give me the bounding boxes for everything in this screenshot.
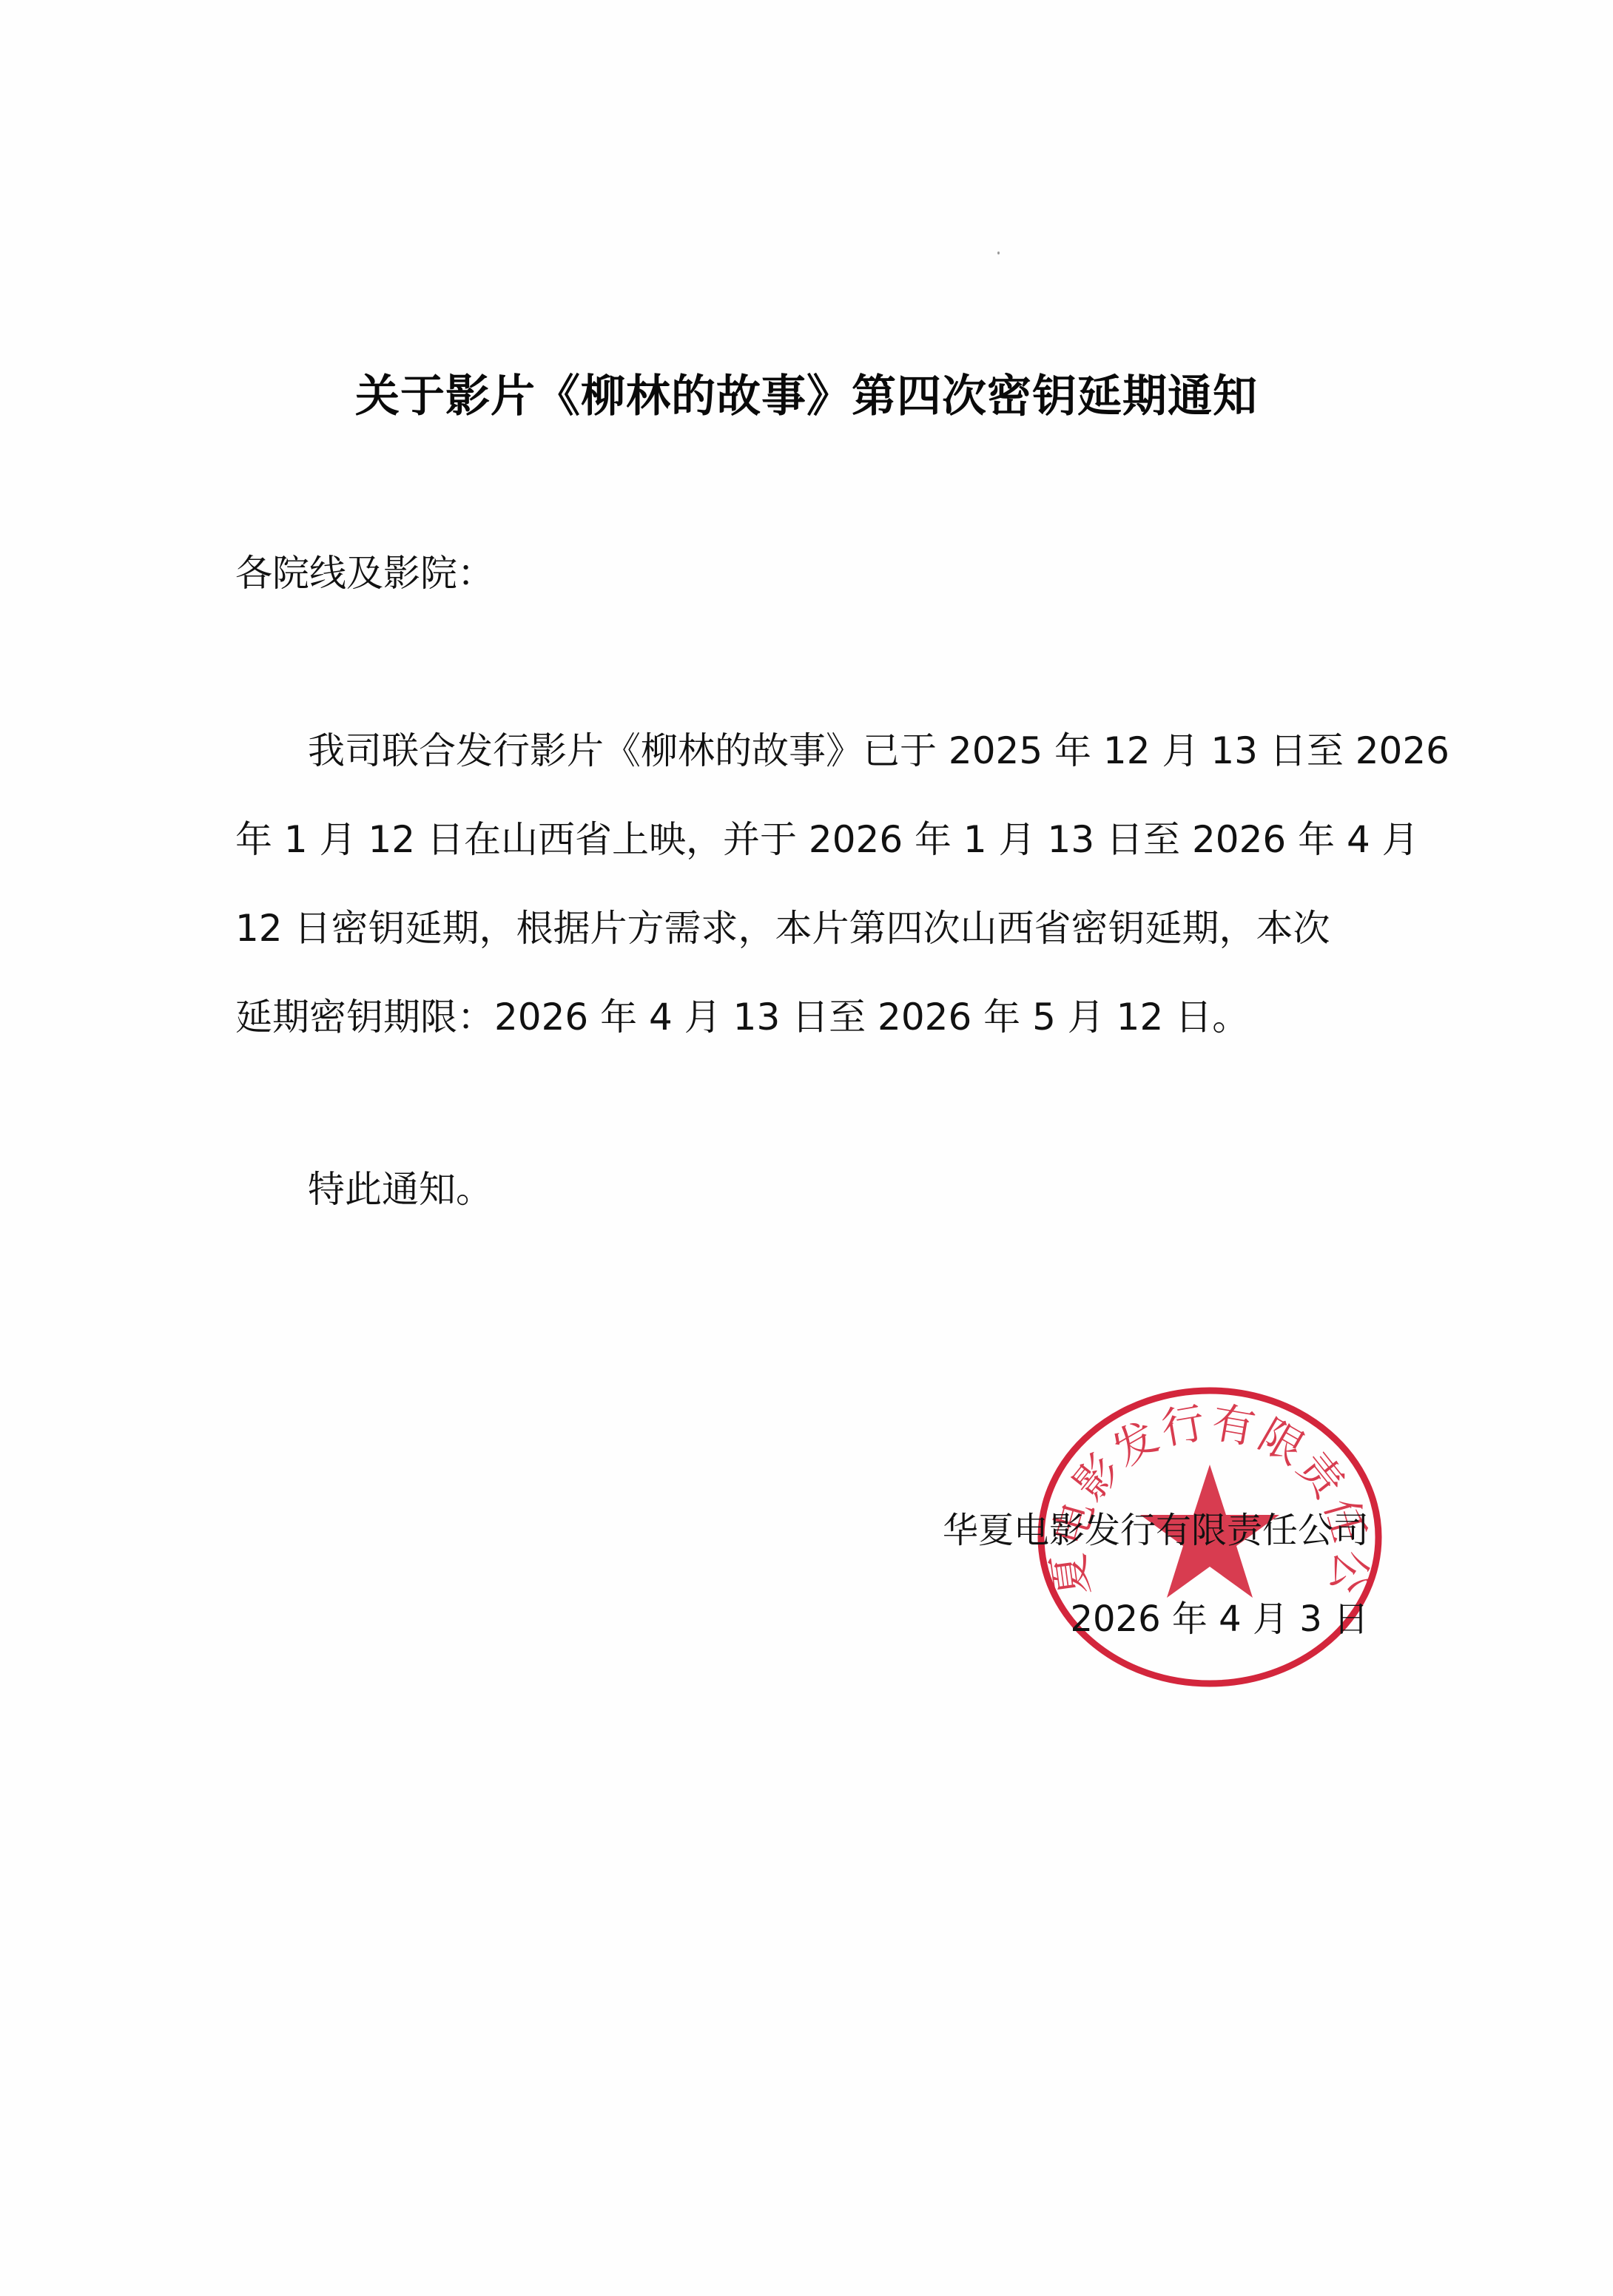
signature-date: 2026 年 4 月 3 日 (1070, 1590, 1369, 1641)
salutation: 各院线及影院： (235, 544, 494, 597)
body-line-3: 12 日密钥延期，根据片方需求，本片第四次山西省密钥延期，本次 (235, 899, 1330, 952)
document-page: 关于影片《柳林的故事》第四次密钥延期通知 各院线及影院： 我司联合发行影片《柳林… (0, 0, 1613, 2296)
body-line-4: 延期密钥期限：2026 年 4 月 13 日至 2026 年 5 月 12 日。 (235, 987, 1249, 1041)
closing-remark: 特此通知。 (308, 1160, 493, 1213)
body-line-1: 我司联合发行影片《柳林的故事》已于 2025 年 12 月 13 日至 2026 (308, 721, 1449, 774)
document-title: 关于影片《柳林的故事》第四次密钥延期通知 (0, 361, 1613, 425)
scan-speck (997, 251, 1000, 254)
body-line-2: 年 1 月 12 日在山西省上映，并于 2026 年 1 月 13 日至 202… (235, 810, 1419, 863)
signature-company: 华夏电影发行有限责任公司 (943, 1502, 1369, 1553)
